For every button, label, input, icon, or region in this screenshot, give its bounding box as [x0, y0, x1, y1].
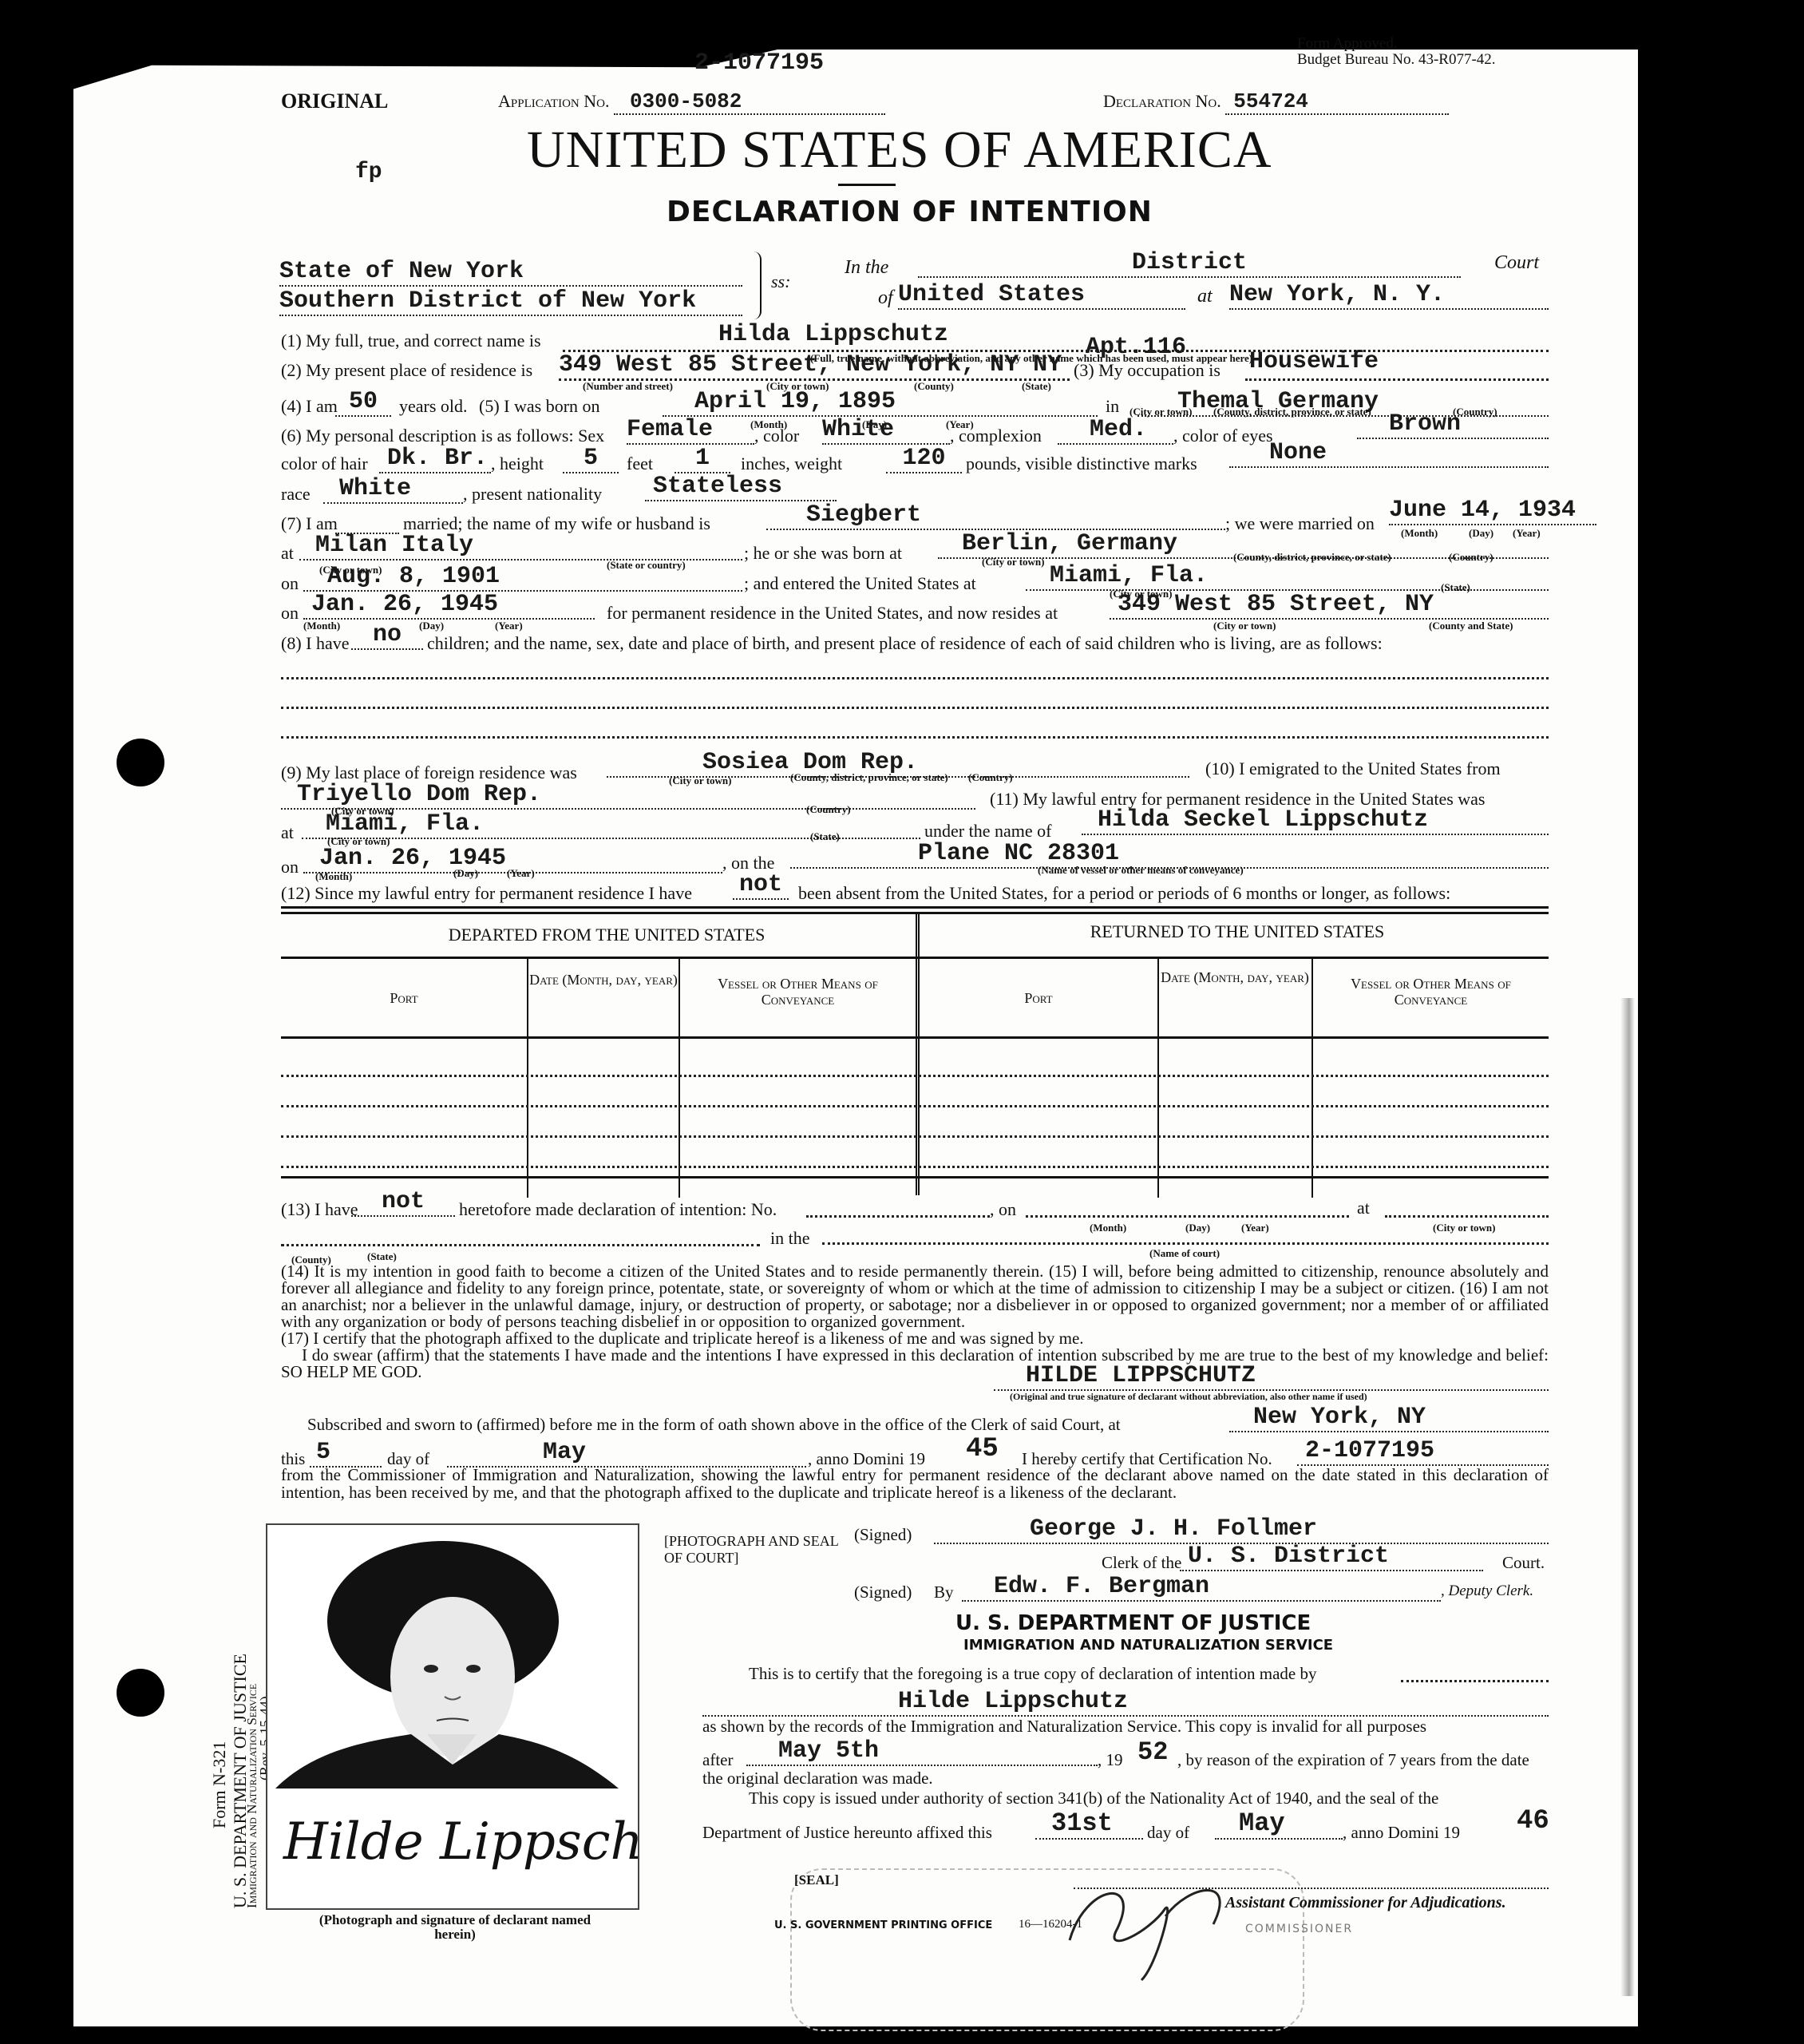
absence-status: not	[733, 871, 789, 900]
sworn-year: 45	[966, 1434, 999, 1464]
birth-date: April 19, 1895	[663, 388, 1098, 417]
clerk-court: U. S. District	[1180, 1543, 1483, 1571]
sworn-paragraph: from the Commissioner of Immigration and…	[281, 1466, 1549, 1501]
apartment: Apt.116	[1086, 334, 1186, 361]
col-vessel: Vessel or Other Means of Conveyance	[1313, 976, 1549, 1008]
height-feet: 5	[563, 445, 619, 473]
spouse-name: Siegbert	[766, 501, 1225, 530]
oath-paragraph: (14) It is my intention in good faith to…	[281, 1263, 1549, 1330]
complexion: Med.	[1058, 416, 1173, 445]
children-count: no	[351, 621, 423, 650]
nationality: Stateless	[645, 473, 837, 501]
commissioner-signature	[1054, 1852, 1245, 1988]
full-name: Hilda Lippschutz	[718, 321, 948, 348]
certified-declarant-name: Hilde Lippschutz	[702, 1688, 1549, 1717]
returned-header: RETURNED TO THE UNITED STATES	[926, 921, 1549, 942]
doj-title: U. S. DEPARTMENT OF JUSTICE	[955, 1611, 1311, 1635]
photo-certification: (17) I certify that the photograph affix…	[281, 1330, 1549, 1347]
document-title: UNITED STATES OF AMERICA	[527, 120, 1272, 180]
budget-bureau: Budget Bureau No. 43-R077-42.	[1297, 51, 1496, 69]
declarant-signature: HILDE LIPPSCHUTZ	[994, 1362, 1549, 1391]
col-date: Date (Month, day, year)	[528, 972, 678, 988]
height-inches: 1	[675, 445, 730, 473]
age: 50	[335, 388, 391, 417]
table-row	[281, 1166, 1549, 1168]
photo-seal-label: [PHOTOGRAPH AND SEAL OF COURT]	[664, 1533, 848, 1567]
certification-number: 2-1077195	[1297, 1437, 1549, 1466]
col-port: Port	[920, 990, 1157, 1007]
marriage-date: June 14, 1934	[1389, 497, 1596, 525]
race: White	[323, 475, 463, 504]
residence: 349 West 85 Street, New York, NY NY	[559, 351, 1062, 378]
venue-district: Southern District of New York	[279, 287, 742, 316]
eye-color: Brown	[1357, 410, 1549, 439]
affixed-day: 31st	[1035, 1808, 1143, 1840]
spouse-entry-date: Jan. 26, 1945	[303, 591, 595, 620]
spouse-residence: 349 West 85 Street, NY	[1110, 591, 1549, 620]
clerk-name: George J. H. Follmer	[934, 1515, 1549, 1544]
page-fold-shadow	[1620, 998, 1635, 1996]
application-number: Application No. 0300-5082	[498, 89, 885, 115]
expiry-date: May 5th	[746, 1737, 1098, 1766]
punch-hole	[117, 739, 164, 786]
declaration-number-value: 554724	[1225, 89, 1449, 115]
occupation: Housewife	[1249, 348, 1379, 375]
declaration-number: Declaration No. 554724	[1103, 89, 1449, 115]
court-at: New York, N. Y.	[1229, 281, 1549, 310]
application-number-value: 0300-5082	[614, 89, 885, 115]
commissioner-stamp: COMMISSIONER	[1245, 1923, 1353, 1935]
marriage-place: Milan Italy	[299, 532, 742, 561]
court-of: United States	[898, 281, 1185, 310]
photo-signature: Hilde Lippschutz	[283, 1812, 639, 1872]
table-row	[281, 1105, 1549, 1107]
form-approved: Form Approved.	[1297, 35, 1398, 53]
sworn-day: 5	[310, 1439, 382, 1468]
sworn-month: May	[447, 1439, 806, 1468]
previous-declaration: not	[351, 1188, 455, 1217]
ins-subtitle: IMMIGRATION AND NATURALIZATION SERVICE	[963, 1637, 1333, 1654]
certificate-number-stamp: 2-1077195	[694, 50, 824, 77]
col-date: Date (Month, day, year)	[1159, 970, 1311, 985]
form-number: Form N-321	[209, 1741, 230, 1828]
sex: Female	[627, 416, 754, 445]
photo-caption: (Photograph and signature of declarant n…	[303, 1913, 607, 1942]
expiry-year: 52	[1137, 1737, 1168, 1767]
assistant-commissioner-title: Assistant Commissioner for Adjudications…	[1225, 1894, 1506, 1912]
departed-header: DEPARTED FROM THE UNITED STATES	[311, 925, 902, 945]
affixed-month: May	[1215, 1808, 1343, 1840]
color: White	[822, 416, 950, 445]
sworn-place: New York, NY	[1229, 1404, 1549, 1432]
original-label: ORIGINAL	[281, 89, 388, 113]
affixed-year: 46	[1517, 1806, 1549, 1836]
deputy-clerk: Edw. F. Bergman	[962, 1573, 1441, 1602]
fp-mark: fp	[355, 160, 382, 184]
distinctive-marks: None	[1229, 439, 1549, 468]
table-row	[281, 1135, 1549, 1138]
entry-name: Hilda Seckel Lippschutz	[1082, 806, 1549, 835]
col-vessel: Vessel or Other Means of Conveyance	[680, 976, 916, 1008]
document-subtitle: DECLARATION OF INTENTION	[667, 196, 1153, 228]
hair-color: Dk. Br.	[379, 445, 491, 473]
weight: 120	[886, 445, 962, 473]
court-type: District	[918, 249, 1461, 278]
declarant-photograph: Hilde Lippschutz	[266, 1523, 639, 1910]
col-port: Port	[281, 990, 527, 1007]
punch-hole	[117, 1669, 164, 1717]
venue-state: State of New York	[279, 258, 742, 287]
table-row	[281, 1075, 1549, 1077]
spouse-birth-date: Aug. 8, 1901	[303, 563, 742, 592]
